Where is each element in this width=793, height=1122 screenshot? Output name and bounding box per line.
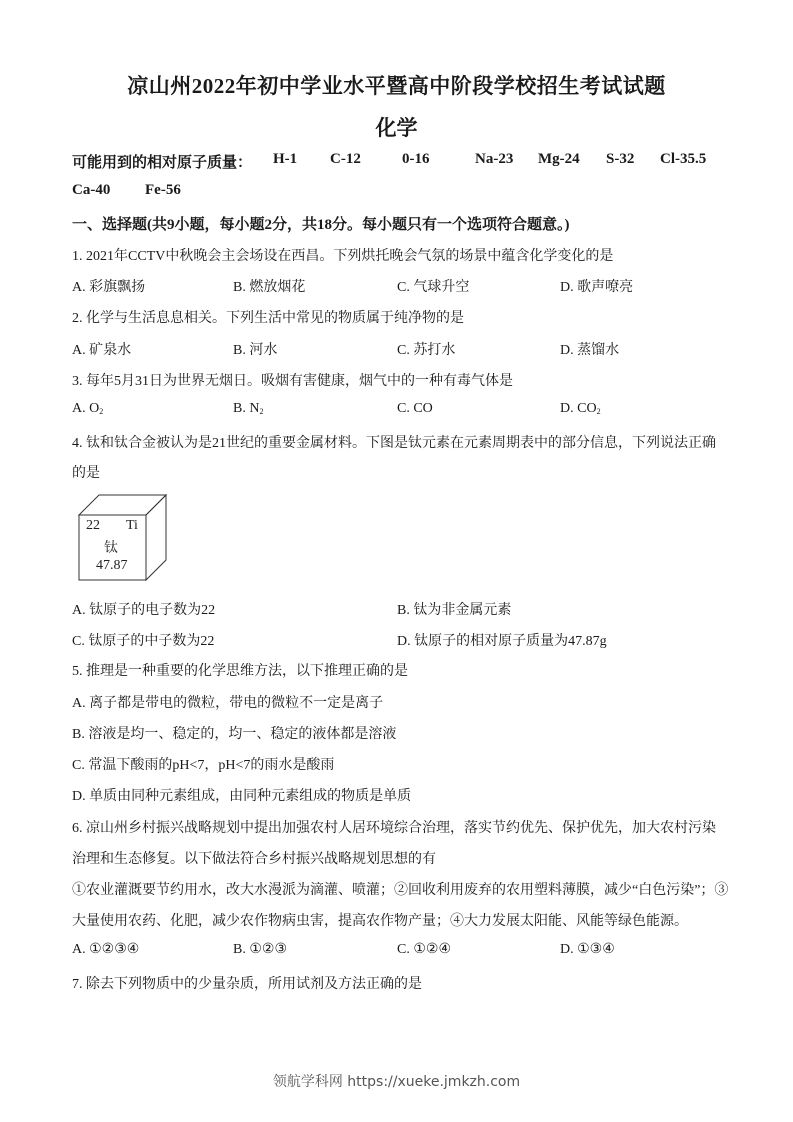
element-card-titanium: 22 Ti 钛 47.87 [72,493,172,585]
option-b: B. 河水 [233,339,277,359]
option-d: D. 歌声嘹亮 [560,276,633,296]
option-b: B. 燃放烟花 [233,276,305,296]
question-stem: 3. 每年5月31日为世界无烟日。吸烟有害健康，烟气中的一种有毒气体是 [72,370,513,390]
formula-subscript: 2 [259,407,263,416]
atomic-mass-item: 0-16 [402,151,430,168]
option-b: B. ①②③ [233,941,287,958]
formula: CO [577,401,596,416]
exam-title: 凉山州2022年初中学业水平暨高中阶段学校招生考试试题 [0,70,793,100]
option-a: A. ①②③④ [72,941,139,958]
atomic-mass-item: C-12 [330,151,361,168]
option-prefix: B. [233,401,249,416]
element-symbol: Ti [126,518,138,534]
atomic-mass-item: S-32 [606,151,634,168]
option-a: A. 矿泉水 [72,339,131,359]
atomic-mass-item: Fe-56 [145,182,181,199]
question-stem: 5. 推理是一种重要的化学思维方法，以下推理正确的是 [72,660,408,680]
atomic-mass-item: Cl-35.5 [660,151,706,168]
question-stem: 2. 化学与生活息息相关。下列生活中常见的物质属于纯净物的是 [72,307,464,327]
section-header: 一、选择题(共9小题，每小题2分，共18分。每小题只有一个选项符合题意。) [72,213,570,234]
question-stem-line: 治理和生态修复。以下做法符合乡村振兴战略规划思想的有 [72,848,436,868]
option-c: C. 钛原子的中子数为22 [72,630,214,650]
atomic-mass-item: Mg-24 [538,151,580,168]
option-c: C. 常温下酸雨的pH<7，pH<7的雨水是酸雨 [72,754,334,774]
atomic-mass: 47.87 [96,558,128,574]
question-stem-line: ①农业灌溉要节约用水，改大水漫派为滴灌、喷灌；②回收利用废弃的农用塑料薄膜，减少… [72,879,728,899]
question-stem: 1. 2021年CCTV中秋晚会主会场设在西昌。下列烘托晚会气氛的场景中蕴含化学… [72,245,613,265]
exam-subject: 化学 [0,112,793,142]
option-b: B. 溶液是均一、稳定的，均一、稳定的液体都是溶液 [72,723,396,743]
atomic-mass-item: Ca-40 [72,182,110,199]
option-d: D. CO2 [560,401,601,417]
question-stem: 7. 除去下列物质中的少量杂质，所用试剂及方法正确的是 [72,973,422,993]
question-stem-line: 的是 [72,462,100,482]
formula-subscript: 2 [597,407,601,416]
element-name: 钛 [104,537,118,557]
option-a: A. 钛原子的电子数为22 [72,599,215,619]
option-d: D. 蒸馏水 [560,339,619,359]
option-a: A. 彩旗飘扬 [72,276,145,296]
formula-subscript: 2 [99,407,103,416]
option-c: C. 苏打水 [397,339,455,359]
option-c: C. ①②④ [397,941,451,958]
question-stem-line: 6. 凉山州乡村振兴战略规划中提出加强农村人居环境综合治理，落实节约优先、保护优… [72,817,716,837]
atomic-masses-label: 可能用到的相对原子质量： [72,151,252,172]
option-prefix: D. [560,401,577,416]
option-prefix: A. [72,401,89,416]
option-a: A. O2 [72,401,103,417]
formula: O [89,401,99,416]
option-b: B. 钛为非金属元素 [397,599,511,619]
question-stem-line: 4. 钛和钛合金被认为是21世纪的重要金属材料。下图是钛元素在元素周期表中的部分… [72,432,716,452]
option-c: C. CO [397,401,433,417]
option-prefix: C. [397,401,413,416]
option-d: D. 单质由同种元素组成，由同种元素组成的物质是单质 [72,785,411,805]
atomic-mass-item: Na-23 [475,151,513,168]
formula: CO [413,401,432,416]
option-d: D. ①③④ [560,941,615,958]
formula: N [249,401,259,416]
watermark-footer: 领航学科网 https://xueke.jmkzh.com [0,1071,793,1091]
atomic-mass-item: H-1 [273,151,297,168]
atomic-number: 22 [86,518,100,534]
option-a: A. 离子都是带电的微粒，带电的微粒不一定是离子 [72,692,383,712]
option-d: D. 钛原子的相对原子质量为47.87g [397,630,607,650]
option-c: C. 气球升空 [397,276,469,296]
option-b: B. N2 [233,401,263,417]
question-stem-line: 大量使用农药、化肥，减少农作物病虫害，提高农作物产量；④大力发展太阳能、风能等绿… [72,910,688,930]
